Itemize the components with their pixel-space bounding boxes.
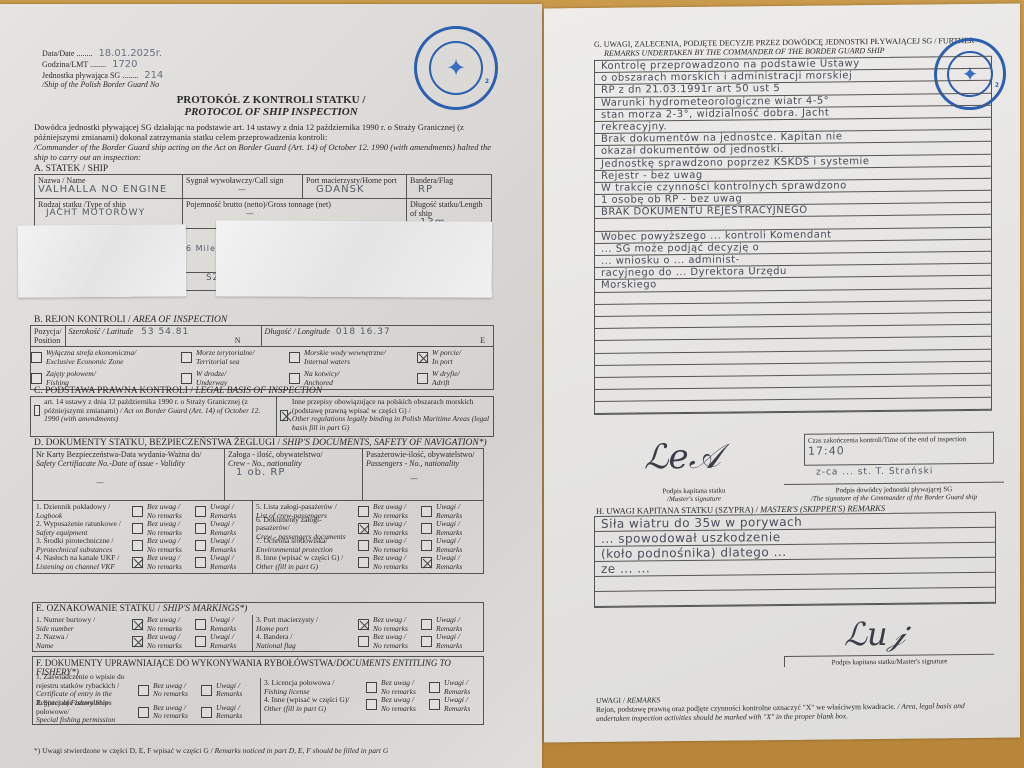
section-b-heading-en: AREA OF INSPECTION <box>133 315 227 325</box>
page-title: PROTOKÓŁ Z KONTROLI STATKU / <box>0 94 542 106</box>
section-a-heading: A. STATEK / SHIP <box>34 164 108 174</box>
no-remarks-checkbox[interactable] <box>366 682 377 693</box>
latitude-value: 53 54.81 <box>141 327 189 337</box>
time-value: 1720 <box>112 59 137 70</box>
call-sign-label: Sygnał wywoławczy/Call sign <box>186 176 299 185</box>
fishery-item-label-en: Other (fill in part G) <box>264 705 362 714</box>
remarks-en: Remarks <box>444 705 470 714</box>
remarks-checkbox[interactable] <box>201 685 212 696</box>
document-item-label-en: Listening on channel VKF <box>36 563 128 572</box>
section-b-heading: B. REJON KONTROLI / AREA OF INSPECTION <box>34 315 227 325</box>
passengers-cell: Pasażerowie-ilość, obywatelstwo/ Passeng… <box>363 449 484 501</box>
remarks-checkbox[interactable] <box>195 540 206 551</box>
safety-cert-label: Nr Karty Bezpieczeństwa-Data wydania-Waż… <box>36 450 221 459</box>
crew-cell: Załoga - ilość, obywatelstwo/ Crew - No.… <box>225 449 363 501</box>
footnote: *) Uwagi stwierdzone w części D, E, F wp… <box>34 746 388 755</box>
area-checkbox[interactable] <box>31 373 42 384</box>
no-remarks-checkbox[interactable] <box>358 523 369 534</box>
passengers-value: — <box>366 474 480 483</box>
no-remarks-en: No remarks <box>153 712 197 721</box>
remarks-label: Uwagi /Remarks <box>436 520 462 537</box>
remarks-checkbox[interactable] <box>421 636 432 647</box>
remarks-checkbox[interactable] <box>195 557 206 568</box>
longitude-hemisphere: E <box>480 336 485 345</box>
remarks-en: Remarks <box>216 690 242 699</box>
remarks-heading-pl: UWAGI / <box>596 696 625 705</box>
passengers-label-en: Passengers - No., nationality <box>366 459 480 468</box>
fishery-list-right: 3. Licencja połowowa /Fishing licenseBez… <box>264 679 480 713</box>
no-remarks-label: Bez uwag /No remarks <box>147 503 191 520</box>
page-title-en: PROTOCOL OF SHIP INSPECTION <box>0 106 542 118</box>
time-field: Godzina/LMT ........ 1720 <box>42 59 138 70</box>
area-option-en: Exclusive Economic Zone <box>46 358 136 367</box>
area-option-label: Wyłączna strefa ekonomiczna/Exclusive Ec… <box>46 349 136 366</box>
crew-value: 1 ob. RP <box>228 468 359 477</box>
no-remarks-label: Bez uwag /No remarks <box>147 616 191 633</box>
area-option[interactable]: Na kotwicy/Anchored <box>289 370 417 387</box>
area-checkbox[interactable] <box>181 373 192 384</box>
no-remarks-en: No remarks <box>147 563 191 572</box>
commander-signature-label: Podpis dowódcy jednostki pływającej SG /… <box>784 482 1004 503</box>
no-remarks-label: Bez uwag /No remarks <box>373 616 417 633</box>
intro-text-pl: Dowódca jednostki pływającej SG działają… <box>34 122 504 142</box>
ship-type-value: JACHT MOTOROWY <box>38 209 179 218</box>
area-option-label: W dryfie/Adrift <box>432 370 460 387</box>
area-option-en: Territorial sea <box>196 358 255 367</box>
section-e-heading-pl: E. OZNAKOWANIE STATKU / <box>36 604 160 614</box>
call-sign-cell: Sygnał wywoławczy/Call sign — <box>183 175 303 199</box>
remarks-label: Uwagi /Remarks <box>436 554 462 571</box>
section-e-heading-en: SHIP'S MARKINGS*) <box>163 604 248 614</box>
area-checkbox[interactable] <box>417 373 428 384</box>
no-remarks-en: No remarks <box>147 642 191 651</box>
footnote-pl: *) Uwagi stwierdzone w części D, E, F wp… <box>34 746 213 755</box>
legal-basis-option-2[interactable]: Inne przepisy obowiązujące na polskich o… <box>277 397 494 437</box>
markings-list-left: 1. Numer burtowy /Side numberBez uwag /N… <box>36 616 249 650</box>
no-remarks-label: Bez uwag /No remarks <box>147 537 191 554</box>
fishery-item-label: 2. Specjalne zezwolenie połowowe/Special… <box>36 699 134 725</box>
no-remarks-checkbox[interactable] <box>358 636 369 647</box>
remarks-label: Uwagi /Remarks <box>444 696 470 713</box>
no-remarks-checkbox[interactable] <box>358 540 369 551</box>
no-remarks-checkbox[interactable] <box>138 685 149 696</box>
section-g-heading: G. UWAGI, ZALECENIA, PODJĘTE DECYZJE PRZ… <box>594 36 974 58</box>
form-page-left: Data/Date ........ 18.01.2025r. Godzina/… <box>0 4 542 768</box>
remarks-label: Uwagi /Remarks <box>210 537 236 554</box>
documents-list-right: 5. Lista załogi-pasażerów /List of crew-… <box>253 501 483 573</box>
marking-item-label-en: National flag <box>256 642 354 651</box>
remarks-label: Uwagi /Remarks <box>436 616 462 633</box>
remarks-checkbox[interactable] <box>195 619 206 630</box>
document-item-label: 1. Dziennik pokładowy /Logbook <box>36 503 128 520</box>
no-remarks-checkbox[interactable] <box>132 557 143 568</box>
area-option-label: W drodze/Underway <box>196 370 227 387</box>
document-item-label: 8. Inne (wpisać w części G) /Other (fill… <box>256 554 354 571</box>
fishery-table: F. DOKUMENTY UPRAWNIAJĄCE DO WYKONYWANIA… <box>32 656 484 725</box>
legal-basis-option-1[interactable]: art. 14 ustawy z dnia 12 października 19… <box>31 397 277 437</box>
area-option[interactable]: Morze terytorialne/Territorial sea <box>181 349 289 366</box>
unit-label-en: /Ship of the Polish Border Guard No <box>42 80 159 89</box>
no-remarks-en: No remarks <box>373 563 417 572</box>
document-item-label: 7. Ochrona środowiska/Environmental prot… <box>256 537 354 554</box>
no-remarks-label: Bez uwag /No remarks <box>381 679 425 696</box>
document-item-label: 2. Wyposażenie ratunkowe /Safety equipme… <box>36 520 128 537</box>
master-signature-h-scribble: ℒu𝒿 <box>844 615 905 655</box>
markings-table: E. OZNAKOWANIE STATKU / SHIP'S MARKINGS*… <box>32 602 484 652</box>
section-c-heading-pl: C. PODSTAWA PRAWNA KONTROLI / <box>34 386 193 396</box>
remarks-checkbox[interactable] <box>429 682 440 693</box>
stamp-number: 2 <box>995 82 999 89</box>
flag-cell: Bandera/Flag RP <box>407 175 492 199</box>
area-option[interactable]: Morskie wody wewnętrzne/Internal waters <box>289 349 417 366</box>
section-d-heading-pl: D. DOKUMENTY STATKU, BEZPIECZEŃSTWA ŻEGL… <box>34 438 280 448</box>
tonnage-value: — <box>186 209 403 218</box>
tonnage-label: Pojemność brutto (netto)/Gross tonnage (… <box>186 200 403 209</box>
no-remarks-checkbox[interactable] <box>138 707 149 718</box>
date-field: Data/Date ........ 18.01.2025r. <box>42 48 162 59</box>
safety-cert-cell: Nr Karty Bezpieczeństwa-Data wydania-Waż… <box>33 449 225 501</box>
document-item-row: 7. Ochrona środowiska/Environmental prot… <box>256 537 480 554</box>
ship-name-value: VALHALLA NO ENGINE <box>38 185 179 194</box>
unit-label: Jednostka pływająca SG <box>42 71 120 80</box>
no-remarks-en: No remarks <box>381 705 425 714</box>
area-option-label: Zajęty połowem/Fishing <box>46 370 96 387</box>
no-remarks-label: Bez uwag /No remarks <box>373 633 417 650</box>
intro-text-en: /Commander of the Border Guard ship acti… <box>34 142 504 162</box>
call-sign-value: — <box>186 185 299 194</box>
marking-item-label: 1. Numer burtowy /Side number <box>36 616 128 633</box>
eagle-emblem-icon: ✦ <box>429 41 483 95</box>
document-item-row: 4. Nasłuch na kanale UKF /Listening on c… <box>36 554 249 571</box>
remarks-label: Uwagi /Remarks <box>210 503 236 520</box>
remarks-label: Uwagi /Remarks <box>210 520 236 537</box>
master-signature-label-h: Podpis kapitana statku/Master's signatur… <box>784 654 994 667</box>
document-item-row: 3. Środki pirotechniczne /Pyrotechnical … <box>36 537 249 554</box>
ship-name-cell: Nazwa / Name VALHALLA NO ENGINE <box>35 175 183 199</box>
latitude-label: Szerokość / Latitude <box>69 327 134 336</box>
area-option-label: Morze terytorialne/Territorial sea <box>196 349 255 366</box>
section-c-heading-en: LEGAL BASIS OF INSPECTION <box>195 386 322 396</box>
home-port-value: GDANSK <box>306 185 403 194</box>
redaction-tape-left <box>18 224 187 297</box>
no-remarks-label: Bez uwag /No remarks <box>381 696 425 713</box>
remarks-label: Uwagi /Remarks <box>216 682 242 699</box>
marking-item-row: 1. Numer burtowy /Side numberBez uwag /N… <box>36 616 249 633</box>
remarks-checkbox[interactable] <box>429 699 440 710</box>
fishery-item-label: 3. Licencja połowowa /Fishing license <box>264 679 362 696</box>
marking-item-label: 2. Nazwa /Name <box>36 633 128 650</box>
fishery-item-row: 3. Licencja połowowa /Fishing licenseBez… <box>264 679 480 696</box>
remarks-checkbox[interactable] <box>421 506 432 517</box>
remarks-checkbox[interactable] <box>421 619 432 630</box>
remarks-label: Uwagi /Remarks <box>210 633 236 650</box>
marking-item-label: 3. Port macierzysty /Home port <box>256 616 354 633</box>
no-remarks-checkbox[interactable] <box>132 636 143 647</box>
remarks-en: Remarks <box>210 563 236 572</box>
area-option-en: In port <box>432 358 461 367</box>
fishery-list-left: 1. Zaświadczenie o wpisie do rejestru st… <box>36 679 257 723</box>
no-remarks-checkbox[interactable] <box>132 619 143 630</box>
fishery-item-row: 2. Specjalne zezwolenie połowowe/Special… <box>36 701 257 723</box>
fishery-item-label-pl: 1. Zaświadczenie o wpisie do rejestru st… <box>36 673 134 690</box>
remarks-checkbox[interactable] <box>195 506 206 517</box>
area-option-label: W porcie/In port <box>432 349 461 366</box>
area-option[interactable]: W drodze/Underway <box>181 370 289 387</box>
remarks-en: Remarks <box>436 642 462 651</box>
no-remarks-label: Bez uwag /No remarks <box>373 503 417 520</box>
redaction-tape-right <box>216 220 492 297</box>
section-g-remarks: Kontrolę przeprowadzono na podstawie Ust… <box>594 56 992 416</box>
marking-item-label-en: Name <box>36 642 128 651</box>
passengers-label: Pasażerowie-ilość, obywatelstwo/ <box>366 450 480 459</box>
section-c-heading: C. PODSTAWA PRAWNA KONTROLI / LEGAL BASI… <box>34 386 322 396</box>
commander-signature-value: z-ca ... st. T. Strański <box>816 466 956 477</box>
no-remarks-checkbox[interactable] <box>358 506 369 517</box>
end-time-value: 17:40 <box>808 443 990 458</box>
remarks-checkbox[interactable] <box>421 540 432 551</box>
no-remarks-label: Bez uwag /No remarks <box>147 633 191 650</box>
no-remarks-en: No remarks <box>373 642 417 651</box>
no-remarks-label: Bez uwag /No remarks <box>153 704 197 721</box>
no-remarks-checkbox[interactable] <box>366 699 377 710</box>
no-remarks-label: Bez uwag /No remarks <box>373 554 417 571</box>
area-option-en: Internal waters <box>304 358 386 367</box>
section-b-heading-pl: B. REJON KONTROLI / <box>34 315 131 325</box>
area-option-label: Na kotwicy/Anchored <box>304 370 340 387</box>
marking-item-row: 2. Nazwa /NameBez uwag /No remarksUwagi … <box>36 633 249 650</box>
marking-item-label: 4. Bandera /National flag <box>256 633 354 650</box>
document-item-label-en: Other (fill in part G) <box>256 563 354 572</box>
marking-item-row: 4. Bandera /National flagBez uwag /No re… <box>256 633 480 650</box>
document-item-label: 4. Nasłuch na kanale UKF /Listening on c… <box>36 554 128 571</box>
safety-cert-value: — <box>36 478 221 487</box>
markings-list-right: 3. Port macierzysty /Home portBez uwag /… <box>256 616 480 650</box>
remarks-checkbox[interactable] <box>421 557 432 568</box>
no-remarks-label: Bez uwag /No remarks <box>147 554 191 571</box>
latitude-cell: Szerokość / Latitude 53 54.81 N <box>65 326 261 347</box>
remarks-heading-en: REMARKS <box>627 695 660 704</box>
area-checkbox[interactable] <box>417 352 428 363</box>
master-signature-scribble: ℒe𝒜 <box>644 437 721 478</box>
fishery-item-row: 4. Inne (wpisać w części G)/Other (fill … <box>264 696 480 713</box>
commander-sig-label-en: /The signature of the Commander of the B… <box>784 493 1004 503</box>
area-table: Pozycja/ Position Szerokość / Latitude 5… <box>30 325 494 390</box>
section-f-heading-pl: F. DOKUMENTY UPRAWNIAJĄCE DO WYKONYWANIA… <box>36 658 336 668</box>
safety-cert-label-en: Safety Certifiacate No.-Date of issue - … <box>36 459 221 468</box>
fishery-item-label: 4. Inne (wpisać w części G)/Other (fill … <box>264 696 362 713</box>
remarks-label: Uwagi /Remarks <box>436 537 462 554</box>
document-item-label-pl: 6. Dokumenty załogi-pasażerów/ <box>256 516 354 533</box>
remarks-label: Uwagi /Remarks <box>210 554 236 571</box>
remarks-checkbox[interactable] <box>421 523 432 534</box>
area-option-en: Adrift <box>432 379 460 388</box>
area-option[interactable]: Wyłączna strefa ekonomiczna/Exclusive Ec… <box>31 349 181 366</box>
date-value: 18.01.2025r. <box>98 48 162 59</box>
remarks-en: Remarks <box>436 563 462 572</box>
crew-label: Załoga - ilość, obywatelstwo/ <box>228 450 359 459</box>
latitude-hemisphere: N <box>235 336 241 345</box>
remarks-label: Uwagi /Remarks <box>436 503 462 520</box>
position-label: Pozycja/ Position <box>31 326 66 347</box>
no-remarks-label: Bez uwag /No remarks <box>147 520 191 537</box>
ship-length-label: Długość statku/Length of ship <box>410 200 488 218</box>
section-h-remarks: Siła wiatru do 35w w porywach... spowodo… <box>594 512 996 608</box>
area-checkbox[interactable] <box>181 352 192 363</box>
remarks-checkbox[interactable] <box>201 707 212 718</box>
remarks-checkbox[interactable] <box>195 523 206 534</box>
legal-basis-checkbox-2[interactable] <box>280 410 288 421</box>
area-checkbox[interactable] <box>289 352 300 363</box>
document-item-label: 3. Środki pirotechniczne /Pyrotechnical … <box>36 537 128 554</box>
remarks-checkbox[interactable] <box>195 636 206 647</box>
longitude-value: 018 16.37 <box>336 327 391 337</box>
no-remarks-label: Bez uwag /No remarks <box>373 520 417 537</box>
marking-item-row: 3. Port macierzysty /Home portBez uwag /… <box>256 616 480 633</box>
date-label: Data/Date <box>42 49 74 58</box>
documents-table: Nr Karty Bezpieczeństwa-Data wydania-Waż… <box>32 448 484 574</box>
section-e-heading: E. OZNAKOWANIE STATKU / SHIP'S MARKINGS*… <box>33 603 484 616</box>
remarks-en: Remarks <box>210 642 236 651</box>
area-checkbox[interactable] <box>31 352 42 363</box>
time-label: Godzina/LMT <box>42 60 88 69</box>
no-remarks-checkbox[interactable] <box>132 540 143 551</box>
remarks-label: Uwagi /Remarks <box>436 633 462 650</box>
no-remarks-checkbox[interactable] <box>358 619 369 630</box>
area-options: Wyłączna strefa ekonomiczna/Exclusive Ec… <box>31 349 493 387</box>
remarks-label: Uwagi /Remarks <box>216 704 242 721</box>
footnote-en: Remarks noticed in part D, E, F should b… <box>215 746 389 755</box>
no-remarks-label: Bez uwag /No remarks <box>153 682 197 699</box>
remarks-label: Uwagi /Remarks <box>444 679 470 696</box>
end-time-box: Czas zakończenia kontroli/Time of the en… <box>804 432 994 466</box>
no-remarks-en: No remarks <box>153 690 197 699</box>
fishery-item-label-pl: 2. Specjalne zezwolenie połowowe/ <box>36 699 134 716</box>
document-item-row: 6. Dokumenty załogi-pasażerów/Crew - pas… <box>256 520 480 537</box>
legal-basis-2-pl: Inne przepisy obowiązujące na polskich o… <box>292 398 490 415</box>
flag-value: RP <box>410 185 488 194</box>
legal-basis-checkbox-1[interactable] <box>34 405 40 416</box>
stamp-number: 2 <box>485 78 489 85</box>
area-option[interactable]: Zajęty połowem/Fishing <box>31 370 181 387</box>
no-remarks-label: Bez uwag /No remarks <box>373 537 417 554</box>
master-remark-line <box>595 588 995 607</box>
master-signature-label: Podpis kapitana statku /Master's signatu… <box>634 486 754 503</box>
section-d-heading: D. DOKUMENTY STATKU, BEZPIECZEŃSTWA ŻEGL… <box>34 438 487 448</box>
remarks-en: Remarks <box>216 712 242 721</box>
remarks-label: Uwagi /Remarks <box>210 616 236 633</box>
longitude-label: Długość / Longitude <box>265 327 330 336</box>
document-item-row: 1. Dziennik pokładowy /LogbookBez uwag /… <box>36 503 249 520</box>
area-option-label: Morskie wody wewnętrzne/Internal waters <box>304 349 386 366</box>
document-item-row: 8. Inne (wpisać w części G) /Other (fill… <box>256 554 480 571</box>
document-item-row: 2. Wyposażenie ratunkowe /Safety equipme… <box>36 520 249 537</box>
fishery-item-label-en: Special fishing permission <box>36 716 134 725</box>
no-remarks-checkbox[interactable] <box>132 506 143 517</box>
form-page-right: G. UWAGI, ZALECENIA, PODJĘTE DECYZJE PRZ… <box>544 4 1020 743</box>
documents-list-left: 1. Dziennik pokładowy /LogbookBez uwag /… <box>33 501 253 573</box>
section-d-heading-en: SHIP'S DOCUMENTS, SAFETY OF NAVIGATION*) <box>283 438 487 448</box>
area-checkbox[interactable] <box>289 373 300 384</box>
master-sig-label-en: /Master's signature <box>634 494 754 503</box>
no-remarks-checkbox[interactable] <box>132 523 143 534</box>
legal-basis-2-en: Other regulations legally binding in Pol… <box>292 415 490 432</box>
area-option[interactable]: W dryfie/Adrift <box>417 370 487 387</box>
remarks-footer: UWAGI / REMARKS Rejon, podstawę prawną o… <box>596 692 996 723</box>
longitude-cell: Długość / Longitude 018 16.37 E <box>261 326 493 347</box>
no-remarks-checkbox[interactable] <box>358 557 369 568</box>
home-port-cell: Port macierzysty/Home port GDANSK <box>303 175 407 199</box>
area-option[interactable]: W porcie/In port <box>417 349 487 366</box>
legal-basis-table: art. 14 ustawy z dnia 12 października 19… <box>30 396 494 437</box>
